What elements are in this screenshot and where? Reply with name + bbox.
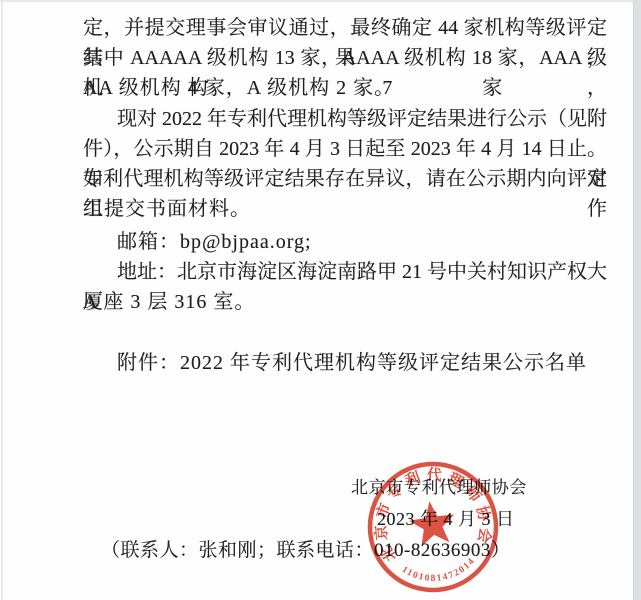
document-text-block: 定，并提交理事会审议通过，最终确定 44 家机构等级评定结果， 其中 AAAAA… <box>83 0 607 600</box>
scan-edge-left <box>1 0 3 600</box>
address-line: A 座 3 层 316 室。 <box>83 287 607 317</box>
body-line: 专利代理机构等级评定结果存在异议，请在公示期内向评定工作 <box>83 164 607 194</box>
attachment-line: 附件：2022 年专利代理机构等级评定结果公示名单 <box>83 348 607 378</box>
attachment-block: 附件：2022 年专利代理机构等级评定结果公示名单 <box>83 348 607 378</box>
scanned-document-page: 定，并提交理事会审议通过，最终确定 44 家机构等级评定结果， 其中 AAAAA… <box>0 0 641 600</box>
body-line: 定，并提交理事会审议通过，最终确定 44 家机构等级评定结果， <box>83 13 607 43</box>
body-line: 件），公示期自 2023 年 4 月 3 日起至 2023 年 4 月 14 日… <box>83 134 607 164</box>
paragraph-results: 定，并提交理事会审议通过，最终确定 44 家机构等级评定结果， 其中 AAAAA… <box>83 13 607 103</box>
email-line: 邮箱：bp@bjpaa.org; <box>83 227 607 257</box>
seal-star-icon <box>407 498 458 547</box>
body-line: 现对 2022 年专利代理机构等级评定结果进行公示（见附 <box>83 104 607 134</box>
official-seal: 北京市专利代理师协会 1101081472014 <box>358 452 508 600</box>
body-line: 其中 AAAAA 级机构 13 家，AAAA 级机构 18 家，AAA 级机构 … <box>83 43 607 73</box>
address-line: 地址：北京市海淀区海淀南路甲 21 号中关村知识产权大厦 <box>83 257 607 287</box>
paragraph-publicity-period: 现对 2022 年专利代理机构等级评定结果进行公示（见附 件），公示期自 202… <box>83 104 607 224</box>
contact-info-block: 邮箱：bp@bjpaa.org; 地址：北京市海淀区海淀南路甲 21 号中关村知… <box>83 227 607 317</box>
scan-edge-right <box>633 0 641 600</box>
